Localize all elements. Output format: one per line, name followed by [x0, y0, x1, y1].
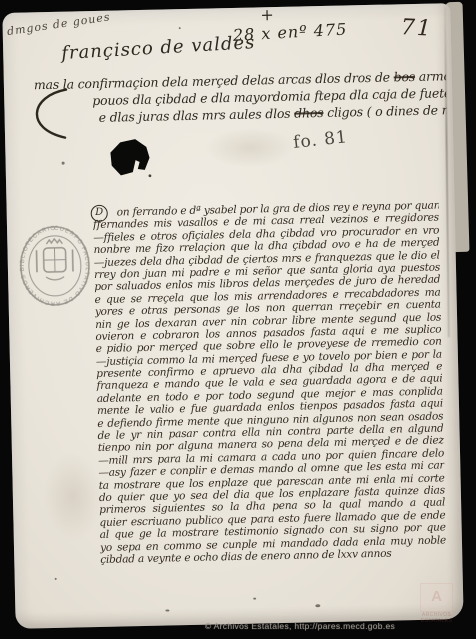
paper-stain	[205, 127, 296, 169]
paper-stain	[42, 451, 104, 542]
date-annotation: 28 x enº 475	[232, 19, 347, 44]
ink-speck	[55, 578, 57, 580]
ink-speck	[62, 162, 65, 165]
manuscript-photo: dmgos de goues françisco de valdes + 28 …	[0, 0, 476, 639]
struck-word: bos	[394, 69, 416, 84]
burn-hole	[108, 138, 155, 183]
pares-watermark-logo: A ARCHIVOS ESTATALES	[420, 583, 453, 623]
corner-note: dmgos de goues	[6, 10, 111, 38]
pares-logo-letter: A	[420, 583, 453, 612]
folio-number-ink: 71	[400, 15, 433, 42]
ink-speck	[315, 604, 320, 607]
summary-heading: mas la confirmaçion dela merçed delas ar…	[34, 67, 447, 127]
heading-text: e dlas juras dlas mrs aules dlos	[98, 106, 294, 125]
folio-number-pencil: fo. 81	[292, 127, 349, 153]
name-heading: françisco de valdes	[61, 32, 256, 64]
stamp-ring-text: CUERPO FACULTATIVO DE ARCHIVEROS BIBLIOT…	[15, 221, 91, 307]
main-text-block: on ferrando e dª ysabel por la gra de di…	[93, 199, 447, 566]
heading-text: armoja e ena medio dlos	[415, 67, 446, 84]
ink-speck	[253, 598, 256, 600]
ink-speck	[179, 27, 181, 29]
invocation-cross: +	[260, 5, 274, 24]
credit-watermark: © Archivos Estatales, http://pares.mecd.…	[150, 621, 450, 631]
right-edge-crease	[444, 7, 450, 337]
struck-word: dhos	[294, 105, 324, 121]
svg-text:CUERPO FACULTATIVO DE ARCHIVER: CUERPO FACULTATIVO DE ARCHIVEROS BIBLIOT…	[15, 221, 91, 307]
ink-speck	[165, 609, 169, 611]
heading-text: cligos ( o dines de mll ps fu iuro	[323, 101, 446, 120]
archive-stamp-icon: CUERPO FACULTATIVO DE ARCHIVEROS BIBLIOT…	[15, 221, 95, 311]
manuscript-page: dmgos de goues françisco de valdes + 28 …	[2, 3, 463, 629]
